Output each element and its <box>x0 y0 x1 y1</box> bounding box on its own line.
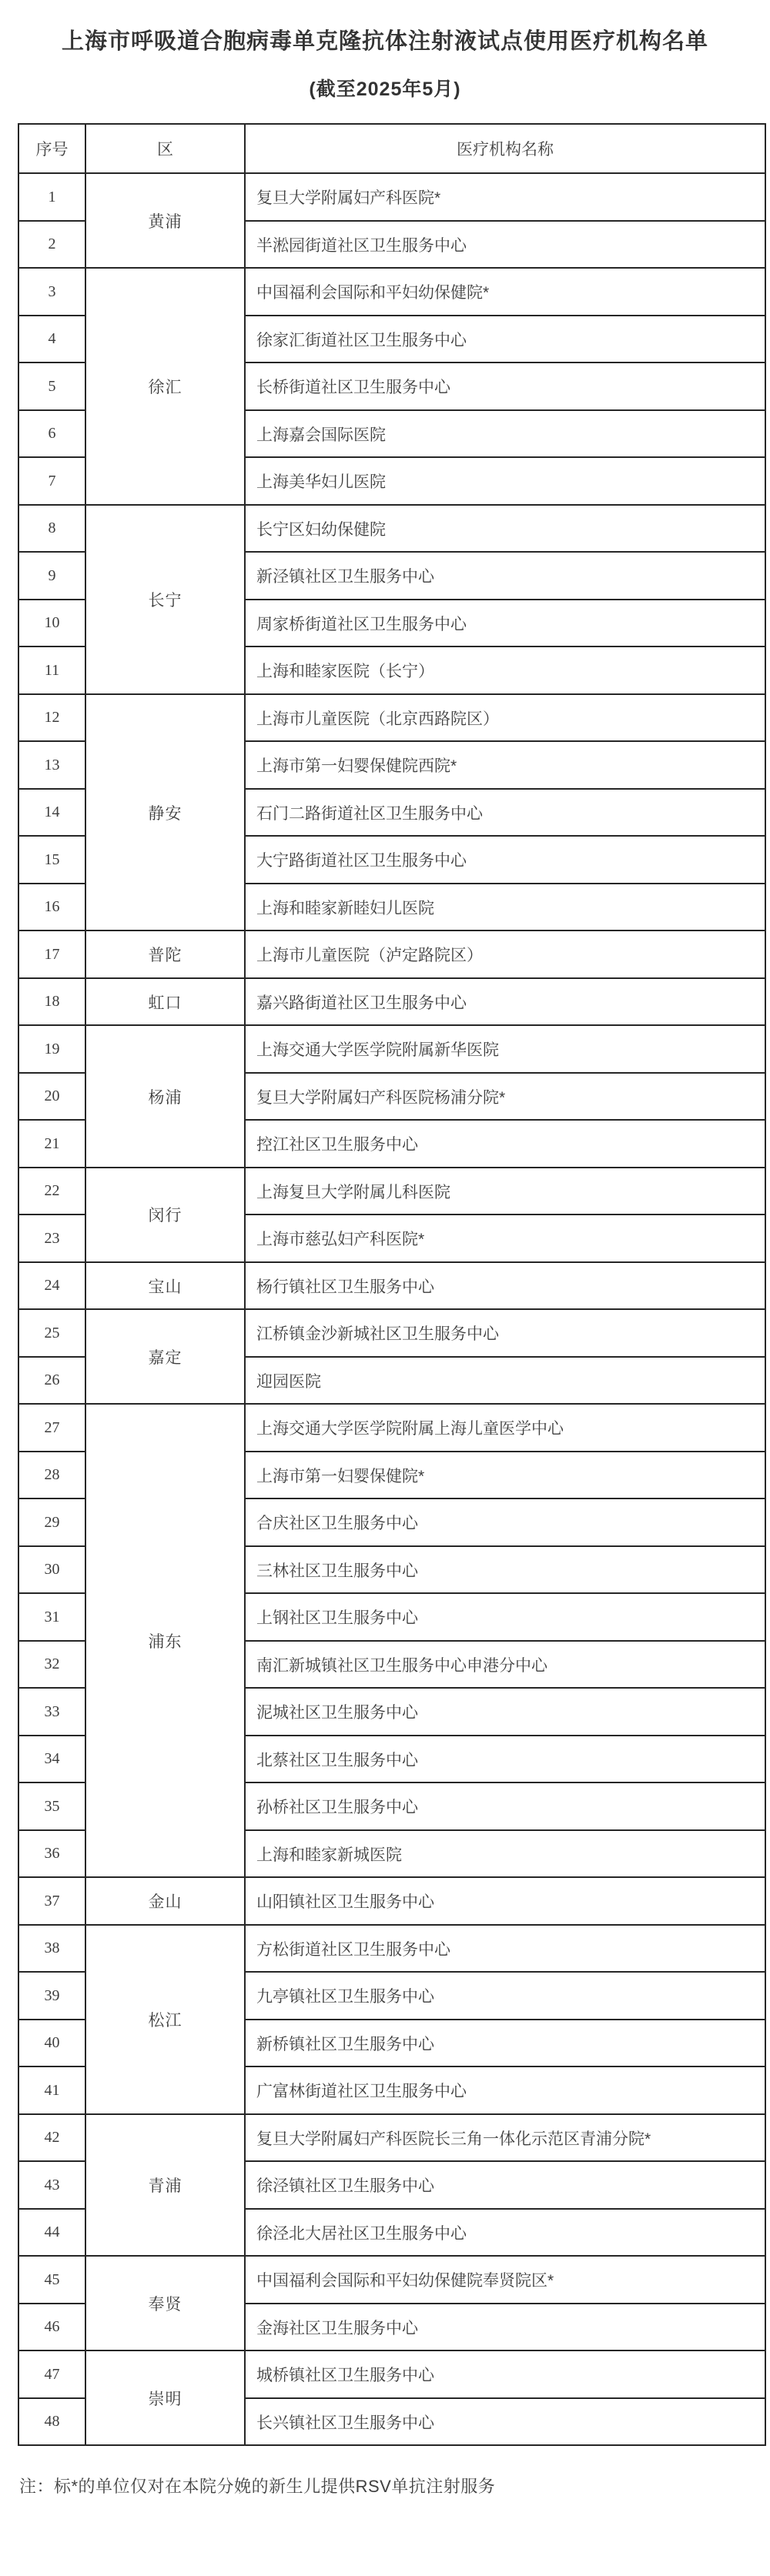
serial-number-cell: 28 <box>18 1452 85 1499</box>
serial-number-cell: 25 <box>18 1309 85 1357</box>
table-row: 3徐汇中国福利会国际和平妇幼保健院* <box>18 268 765 316</box>
district-cell: 普陀 <box>85 931 245 978</box>
district-cell: 松江 <box>85 1925 245 2114</box>
institution-name-cell: 泥城社区卫生服务中心 <box>245 1688 765 1736</box>
district-cell: 嘉定 <box>85 1309 245 1404</box>
table-row: 45奉贤中国福利会国际和平妇幼保健院奉贤院区* <box>18 2256 765 2304</box>
table-row: 42青浦复旦大学附属妇产科医院长三角一体化示范区青浦分院* <box>18 2114 765 2162</box>
institution-name-cell: 大宁路街道社区卫生服务中心 <box>245 836 765 884</box>
serial-number-cell: 21 <box>18 1120 85 1168</box>
district-cell: 崇明 <box>85 2350 245 2445</box>
table-row: 22闵行上海复旦大学附属儿科医院 <box>18 1168 765 1215</box>
institution-name-cell: 石门二路街道社区卫生服务中心 <box>245 789 765 837</box>
institution-name-cell: 长兴镇社区卫生服务中心 <box>245 2398 765 2446</box>
serial-number-cell: 39 <box>18 1972 85 2020</box>
district-cell: 静安 <box>85 694 245 931</box>
institution-name-cell: 上海交通大学医学院附属新华医院 <box>245 1025 765 1073</box>
institution-name-cell: 上海和睦家医院（长宁） <box>245 647 765 694</box>
district-cell: 黄浦 <box>85 173 245 268</box>
institution-table-container: 序号 区 医疗机构名称 1黄浦复旦大学附属妇产科医院*2半淞园街道社区卫生服务中… <box>18 123 770 2446</box>
institution-name-cell: 山阳镇社区卫生服务中心 <box>245 1877 765 1925</box>
serial-number-cell: 31 <box>18 1593 85 1641</box>
institution-table-body: 1黄浦复旦大学附属妇产科医院*2半淞园街道社区卫生服务中心3徐汇中国福利会国际和… <box>18 173 765 2445</box>
table-row: 1黄浦复旦大学附属妇产科医院* <box>18 173 765 221</box>
table-row: 37金山山阳镇社区卫生服务中心 <box>18 1877 765 1925</box>
institution-name-cell: 九亭镇社区卫生服务中心 <box>245 1972 765 2020</box>
table-row: 19杨浦上海交通大学医学院附属新华医院 <box>18 1025 765 1073</box>
serial-number-cell: 1 <box>18 173 85 221</box>
serial-number-cell: 29 <box>18 1498 85 1546</box>
serial-number-cell: 8 <box>18 505 85 553</box>
serial-number-cell: 36 <box>18 1830 85 1878</box>
serial-number-cell: 32 <box>18 1641 85 1689</box>
institution-name-cell: 徐泾北大居社区卫生服务中心 <box>245 2209 765 2257</box>
table-row: 24宝山杨行镇社区卫生服务中心 <box>18 1262 765 1310</box>
district-cell: 闵行 <box>85 1168 245 1262</box>
serial-number-cell: 46 <box>18 2304 85 2351</box>
serial-number-cell: 15 <box>18 836 85 884</box>
institution-name-cell: 徐泾镇社区卫生服务中心 <box>245 2161 765 2209</box>
institution-name-cell: 方松街道社区卫生服务中心 <box>245 1925 765 1973</box>
serial-number-cell: 34 <box>18 1736 85 1783</box>
institution-name-cell: 迎园医院 <box>245 1357 765 1405</box>
institution-name-cell: 北蔡社区卫生服务中心 <box>245 1736 765 1783</box>
district-cell: 虹口 <box>85 978 245 1026</box>
serial-number-cell: 9 <box>18 552 85 600</box>
serial-number-cell: 18 <box>18 978 85 1026</box>
institution-name-cell: 半淞园街道社区卫生服务中心 <box>245 221 765 269</box>
table-row: 38松江方松街道社区卫生服务中心 <box>18 1925 765 1973</box>
institution-name-cell: 上海和睦家新城医院 <box>245 1830 765 1878</box>
institution-name-cell: 广富林街道社区卫生服务中心 <box>245 2066 765 2114</box>
institution-name-cell: 新泾镇社区卫生服务中心 <box>245 552 765 600</box>
document-page: 上海市呼吸道合胞病毒单克隆抗体注射液试点使用医疗机构名单 (截至2025年5月)… <box>0 0 770 2497</box>
page-title: 上海市呼吸道合胞病毒单克隆抗体注射液试点使用医疗机构名单 <box>0 28 770 55</box>
serial-number-cell: 47 <box>18 2350 85 2398</box>
institution-name-cell: 中国福利会国际和平妇幼保健院奉贤院区* <box>245 2256 765 2304</box>
serial-number-cell: 27 <box>18 1404 85 1452</box>
table-row: 47崇明城桥镇社区卫生服务中心 <box>18 2350 765 2398</box>
serial-number-cell: 44 <box>18 2209 85 2257</box>
serial-number-cell: 35 <box>18 1782 85 1830</box>
serial-number-cell: 10 <box>18 600 85 647</box>
serial-number-cell: 11 <box>18 647 85 694</box>
header-district: 区 <box>85 124 245 173</box>
serial-number-cell: 22 <box>18 1168 85 1215</box>
institution-name-cell: 上海嘉会国际医院 <box>245 410 765 458</box>
header-serial-number: 序号 <box>18 124 85 173</box>
district-cell: 杨浦 <box>85 1025 245 1168</box>
serial-number-cell: 37 <box>18 1877 85 1925</box>
serial-number-cell: 40 <box>18 2020 85 2067</box>
footnote: 注：标*的单位仅对在本院分娩的新生儿提供RSV单抗注射服务 <box>19 2474 770 2497</box>
serial-number-cell: 48 <box>18 2398 85 2446</box>
serial-number-cell: 43 <box>18 2161 85 2209</box>
institution-name-cell: 金海社区卫生服务中心 <box>245 2304 765 2351</box>
page-subtitle: (截至2025年5月) <box>0 74 770 102</box>
district-cell: 浦东 <box>85 1404 245 1877</box>
serial-number-cell: 19 <box>18 1025 85 1073</box>
institution-name-cell: 长桥街道社区卫生服务中心 <box>245 363 765 410</box>
district-cell: 徐汇 <box>85 268 245 505</box>
institution-name-cell: 上海市儿童医院（泸定路院区） <box>245 931 765 978</box>
institution-name-cell: 江桥镇金沙新城社区卫生服务中心 <box>245 1309 765 1357</box>
institution-name-cell: 南汇新城镇社区卫生服务中心申港分中心 <box>245 1641 765 1689</box>
institution-name-cell: 孙桥社区卫生服务中心 <box>245 1782 765 1830</box>
table-row: 8长宁长宁区妇幼保健院 <box>18 505 765 553</box>
table-row: 12静安上海市儿童医院（北京西路院区） <box>18 694 765 742</box>
institution-name-cell: 上海市慈弘妇产科医院* <box>245 1214 765 1262</box>
institution-name-cell: 复旦大学附属妇产科医院杨浦分院* <box>245 1073 765 1121</box>
serial-number-cell: 38 <box>18 1925 85 1973</box>
institution-name-cell: 上海交通大学医学院附属上海儿童医学中心 <box>245 1404 765 1452</box>
serial-number-cell: 16 <box>18 884 85 931</box>
institution-name-cell: 复旦大学附属妇产科医院长三角一体化示范区青浦分院* <box>245 2114 765 2162</box>
institution-name-cell: 长宁区妇幼保健院 <box>245 505 765 553</box>
institution-name-cell: 上海市第一妇婴保健院西院* <box>245 741 765 789</box>
institution-name-cell: 三林社区卫生服务中心 <box>245 1546 765 1594</box>
serial-number-cell: 23 <box>18 1214 85 1262</box>
serial-number-cell: 26 <box>18 1357 85 1405</box>
table-row: 17普陀上海市儿童医院（泸定路院区） <box>18 931 765 978</box>
table-row: 25嘉定江桥镇金沙新城社区卫生服务中心 <box>18 1309 765 1357</box>
header-institution-name: 医疗机构名称 <box>245 124 765 173</box>
district-cell: 宝山 <box>85 1262 245 1310</box>
institution-table: 序号 区 医疗机构名称 1黄浦复旦大学附属妇产科医院*2半淞园街道社区卫生服务中… <box>18 123 766 2446</box>
district-cell: 长宁 <box>85 505 245 694</box>
serial-number-cell: 7 <box>18 457 85 505</box>
institution-name-cell: 嘉兴路街道社区卫生服务中心 <box>245 978 765 1026</box>
institution-name-cell: 新桥镇社区卫生服务中心 <box>245 2020 765 2067</box>
institution-name-cell: 复旦大学附属妇产科医院* <box>245 173 765 221</box>
serial-number-cell: 41 <box>18 2066 85 2114</box>
institution-name-cell: 上海复旦大学附属儿科医院 <box>245 1168 765 1215</box>
institution-name-cell: 杨行镇社区卫生服务中心 <box>245 1262 765 1310</box>
serial-number-cell: 3 <box>18 268 85 316</box>
serial-number-cell: 14 <box>18 789 85 837</box>
institution-name-cell: 上钢社区卫生服务中心 <box>245 1593 765 1641</box>
serial-number-cell: 20 <box>18 1073 85 1121</box>
table-header-row: 序号 区 医疗机构名称 <box>18 124 765 173</box>
serial-number-cell: 4 <box>18 316 85 363</box>
institution-name-cell: 徐家汇街道社区卫生服务中心 <box>245 316 765 363</box>
institution-name-cell: 上海美华妇儿医院 <box>245 457 765 505</box>
district-cell: 奉贤 <box>85 2256 245 2350</box>
serial-number-cell: 2 <box>18 221 85 269</box>
district-cell: 金山 <box>85 1877 245 1925</box>
institution-name-cell: 中国福利会国际和平妇幼保健院* <box>245 268 765 316</box>
serial-number-cell: 17 <box>18 931 85 978</box>
serial-number-cell: 13 <box>18 741 85 789</box>
institution-name-cell: 上海市儿童医院（北京西路院区） <box>245 694 765 742</box>
institution-name-cell: 周家桥街道社区卫生服务中心 <box>245 600 765 647</box>
serial-number-cell: 6 <box>18 410 85 458</box>
table-row: 27浦东上海交通大学医学院附属上海儿童医学中心 <box>18 1404 765 1452</box>
serial-number-cell: 5 <box>18 363 85 410</box>
serial-number-cell: 24 <box>18 1262 85 1310</box>
table-row: 18虹口嘉兴路街道社区卫生服务中心 <box>18 978 765 1026</box>
serial-number-cell: 33 <box>18 1688 85 1736</box>
institution-name-cell: 控江社区卫生服务中心 <box>245 1120 765 1168</box>
serial-number-cell: 45 <box>18 2256 85 2304</box>
institution-name-cell: 合庆社区卫生服务中心 <box>245 1498 765 1546</box>
serial-number-cell: 30 <box>18 1546 85 1594</box>
serial-number-cell: 42 <box>18 2114 85 2162</box>
institution-name-cell: 上海和睦家新睦妇儿医院 <box>245 884 765 931</box>
institution-name-cell: 上海市第一妇婴保健院* <box>245 1452 765 1499</box>
district-cell: 青浦 <box>85 2114 245 2257</box>
serial-number-cell: 12 <box>18 694 85 742</box>
institution-name-cell: 城桥镇社区卫生服务中心 <box>245 2350 765 2398</box>
